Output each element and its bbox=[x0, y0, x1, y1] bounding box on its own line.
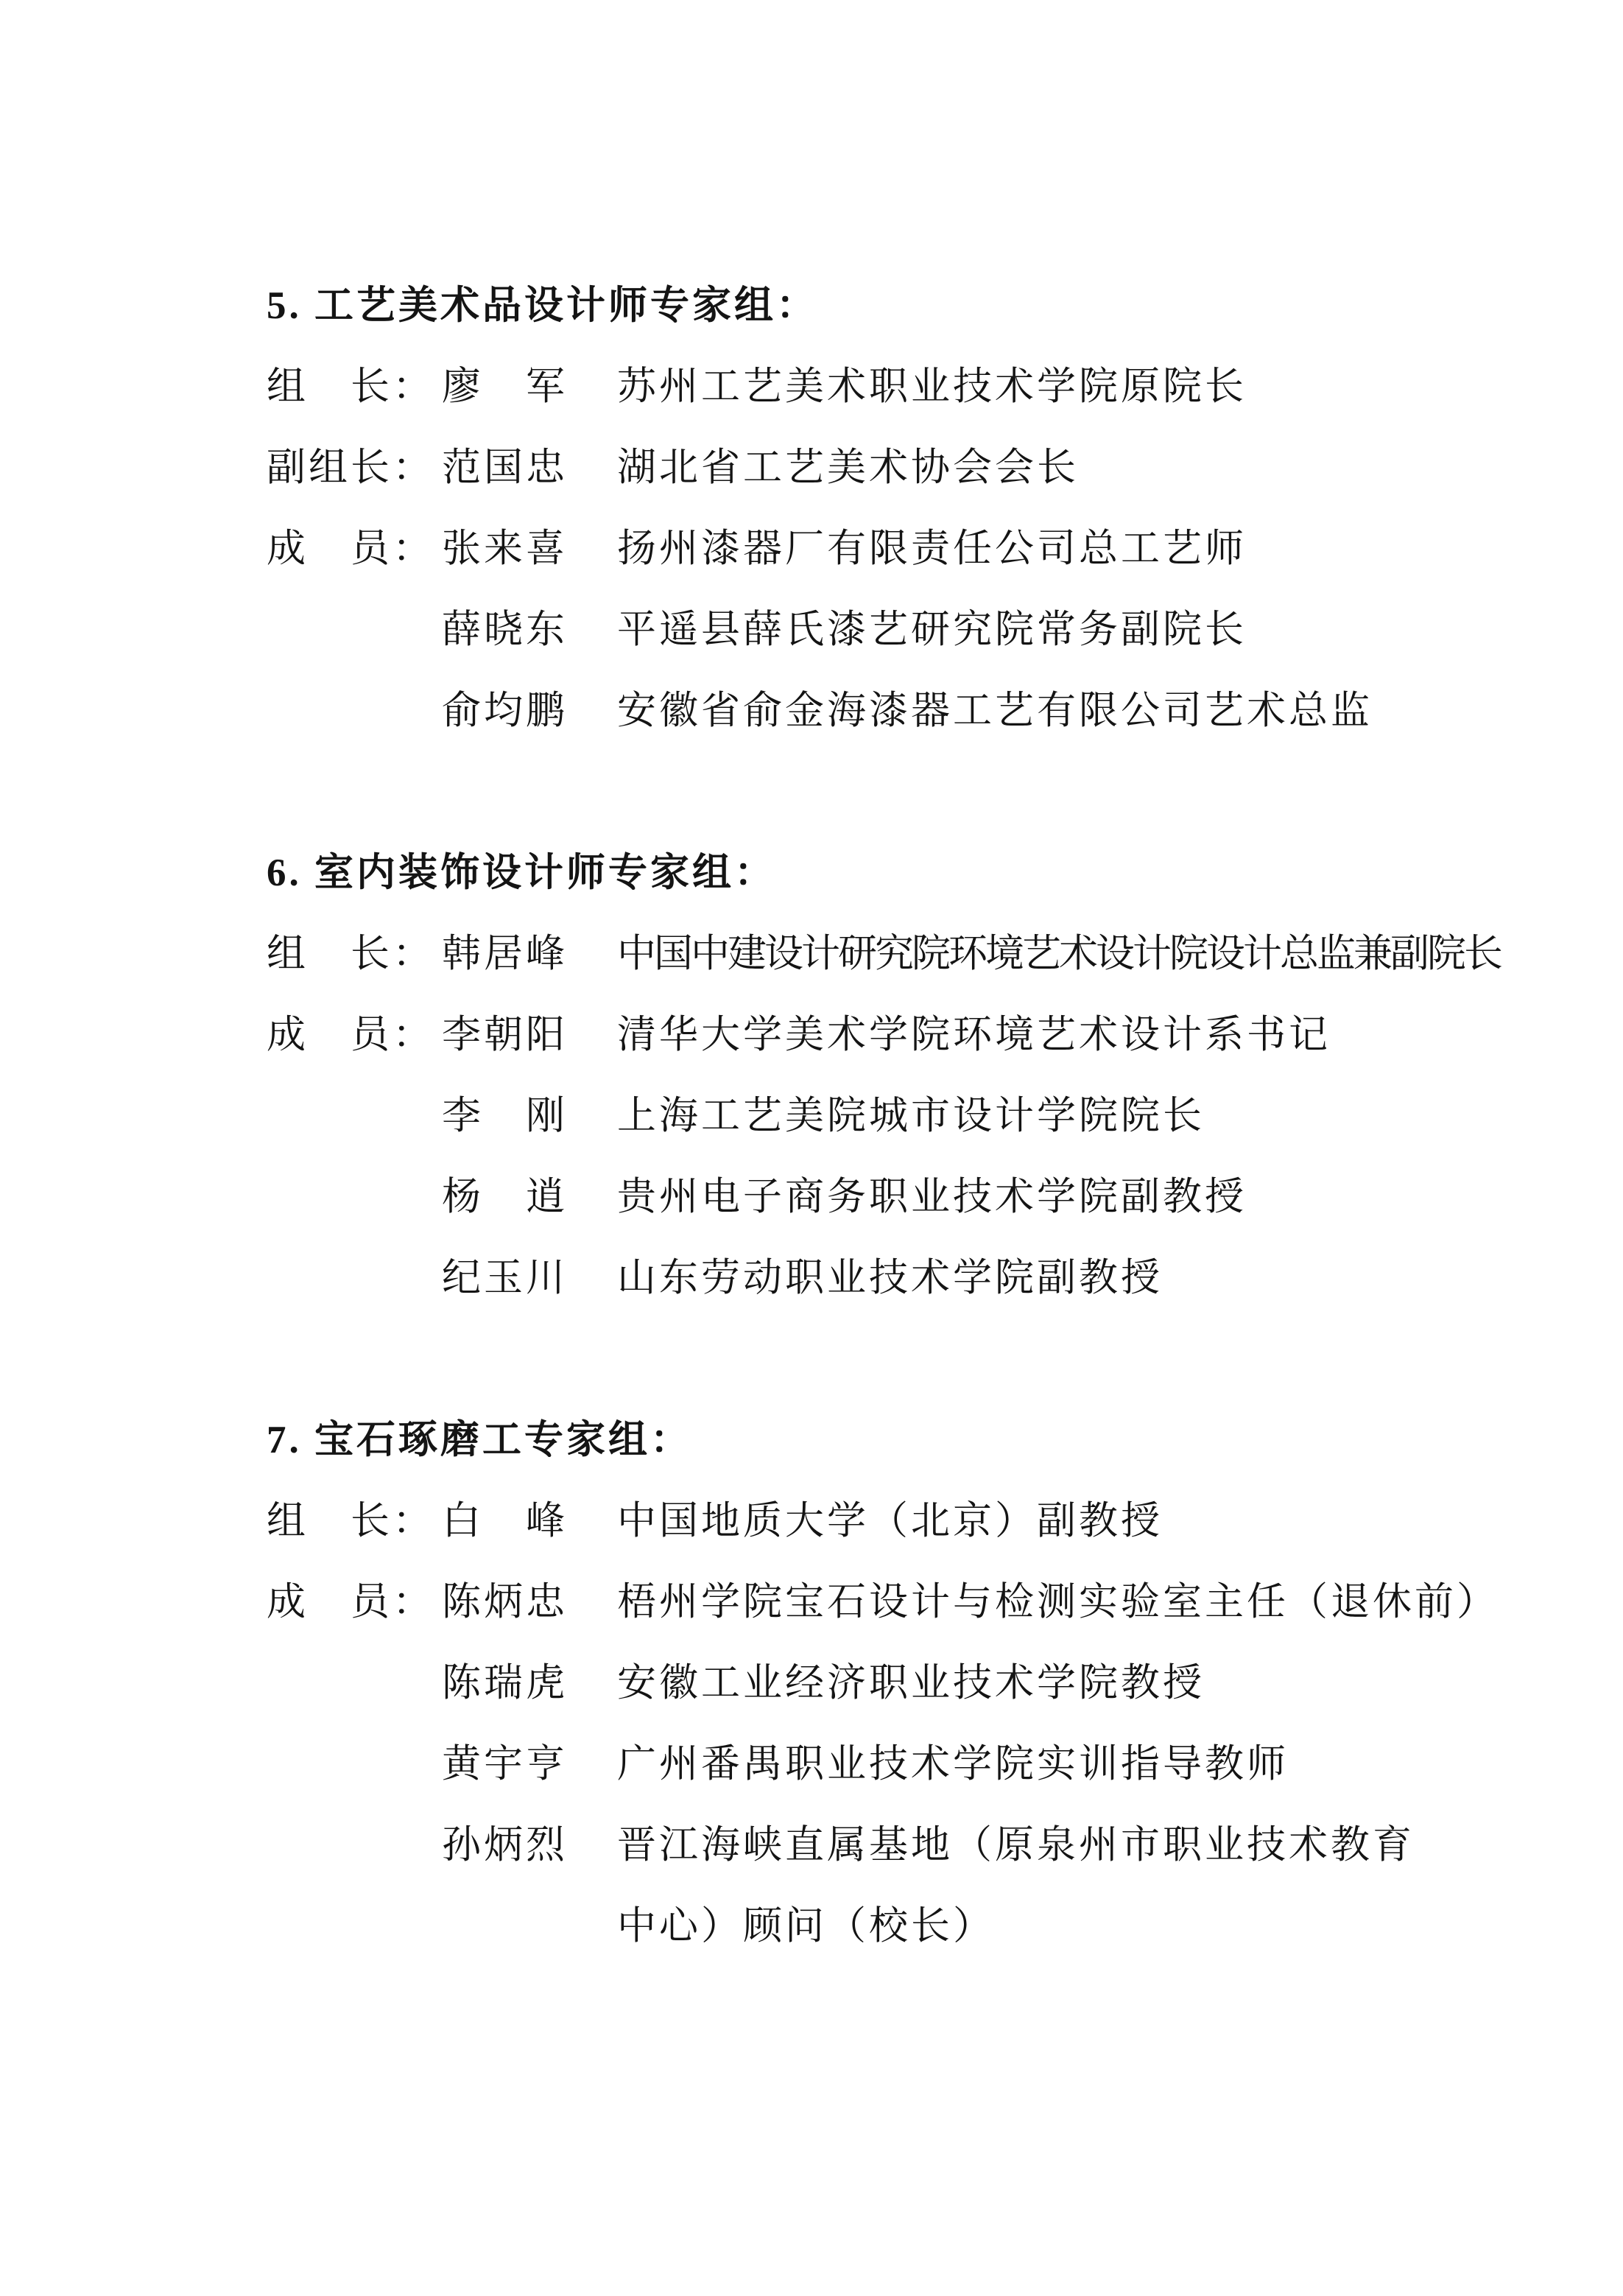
section-title: 5. 工艺美术品设计师专家组： bbox=[267, 274, 818, 330]
member-name: 廖 军 bbox=[442, 355, 617, 411]
member-name: 杨 逍 bbox=[442, 1165, 617, 1221]
member-affiliation: 中国中建设计研究院环境艺术设计院设计总监兼副院长 bbox=[617, 922, 1501, 978]
member-name: 纪玉川 bbox=[442, 1246, 617, 1302]
role-label: 成 员： bbox=[267, 1003, 442, 1059]
member-affiliation: 中国地质大学（北京）副教授 bbox=[617, 1489, 1483, 1545]
member-name: 李 刚 bbox=[442, 1084, 617, 1140]
role-label: 组 长： bbox=[267, 355, 442, 411]
role-label: 副组长： bbox=[267, 436, 442, 492]
table-row: 成 员： 张来喜 扬州漆器厂有限责任公司总工艺师 bbox=[267, 505, 1483, 586]
table-row: 薛晓东 平遥县薛氏漆艺研究院常务副院长 bbox=[267, 586, 1483, 667]
table-row: 孙炳烈 晋江海峡直属基地（原泉州市职业技术教育 bbox=[267, 1801, 1483, 1882]
table-row: 陈瑞虎 安徽工业经济职业技术学院教授 bbox=[267, 1639, 1483, 1720]
expert-group-section-6: 6. 室内装饰设计师专家组： 组 长： 韩居峰 中国中建设计研究院环境艺术设计院… bbox=[267, 829, 1483, 1315]
member-name: 黄宇亨 bbox=[442, 1732, 617, 1788]
member-affiliation: 晋江海峡直属基地（原泉州市职业技术教育 bbox=[617, 1814, 1483, 1870]
table-row: 成 员： 陈炳忠 梧州学院宝石设计与检测实验室主任（退休前） bbox=[267, 1558, 1483, 1639]
table-row: 李 刚 上海工艺美院城市设计学院院长 bbox=[267, 1072, 1483, 1153]
table-row: 成 员： 李朝阳 清华大学美术学院环境艺术设计系书记 bbox=[267, 991, 1483, 1072]
role-label: 组 长： bbox=[267, 922, 442, 978]
member-affiliation: 清华大学美术学院环境艺术设计系书记 bbox=[617, 1003, 1483, 1059]
member-affiliation: 苏州工艺美术职业技术学院原院长 bbox=[617, 355, 1483, 411]
role-label: 组 长： bbox=[267, 1489, 442, 1545]
member-affiliation: 中心）顾问（校长） bbox=[617, 1895, 1483, 1951]
document-page: 5. 工艺美术品设计师专家组： 组 长： 廖 军 苏州工艺美术职业技术学院原院长… bbox=[0, 0, 1623, 2296]
member-affiliation: 梧州学院宝石设计与检测实验室主任（退休前） bbox=[617, 1570, 1499, 1626]
member-affiliation: 安徽工业经济职业技术学院教授 bbox=[617, 1651, 1483, 1707]
member-affiliation: 广州番禺职业技术学院实训指导教师 bbox=[617, 1732, 1483, 1788]
member-name: 白 峰 bbox=[442, 1489, 617, 1545]
member-affiliation: 贵州电子商务职业技术学院副教授 bbox=[617, 1165, 1483, 1221]
member-name: 孙炳烈 bbox=[442, 1814, 617, 1870]
expert-group-section-5: 5. 工艺美术品设计师专家组： 组 长： 廖 军 苏州工艺美术职业技术学院原院长… bbox=[267, 261, 1483, 748]
member-affiliation: 湖北省工艺美术协会会长 bbox=[617, 436, 1483, 492]
table-row: 副组长： 范国忠 湖北省工艺美术协会会长 bbox=[267, 424, 1483, 505]
expert-group-section-7: 7. 宝石琢磨工专家组： 组 长： 白 峰 中国地质大学（北京）副教授 成 员：… bbox=[267, 1396, 1483, 1963]
table-row: 组 长： 廖 军 苏州工艺美术职业技术学院原院长 bbox=[267, 343, 1483, 424]
section-gap bbox=[267, 1315, 1483, 1396]
table-row: 俞均鹏 安徽省俞金海漆器工艺有限公司艺术总监 bbox=[267, 667, 1483, 748]
section-title-row: 7. 宝石琢磨工专家组： bbox=[267, 1396, 1483, 1477]
member-affiliation: 平遥县薛氏漆艺研究院常务副院长 bbox=[617, 598, 1483, 654]
role-label: 成 员： bbox=[267, 517, 442, 573]
table-row: 黄宇亨 广州番禺职业技术学院实训指导教师 bbox=[267, 1720, 1483, 1801]
member-name: 陈炳忠 bbox=[442, 1570, 617, 1626]
table-row: 纪玉川 山东劳动职业技术学院副教授 bbox=[267, 1234, 1483, 1315]
table-row: 杨 逍 贵州电子商务职业技术学院副教授 bbox=[267, 1153, 1483, 1234]
member-affiliation: 扬州漆器厂有限责任公司总工艺师 bbox=[617, 517, 1483, 573]
member-name: 俞均鹏 bbox=[442, 679, 617, 735]
affiliation-continuation-row: 中心）顾问（校长） bbox=[267, 1882, 1483, 1963]
section-title-row: 6. 室内装饰设计师专家组： bbox=[267, 829, 1483, 910]
member-name: 范国忠 bbox=[442, 436, 617, 492]
table-row: 组 长： 白 峰 中国地质大学（北京）副教授 bbox=[267, 1477, 1483, 1558]
table-row: 组 长： 韩居峰 中国中建设计研究院环境艺术设计院设计总监兼副院长 bbox=[267, 910, 1483, 991]
section-gap bbox=[267, 748, 1483, 829]
member-name: 薛晓东 bbox=[442, 598, 617, 654]
member-name: 陈瑞虎 bbox=[442, 1651, 617, 1707]
section-title-row: 5. 工艺美术品设计师专家组： bbox=[267, 261, 1483, 343]
section-title: 7. 宝石琢磨工专家组： bbox=[267, 1408, 692, 1464]
member-name: 张来喜 bbox=[442, 517, 617, 573]
member-affiliation: 安徽省俞金海漆器工艺有限公司艺术总监 bbox=[617, 679, 1483, 735]
role-label: 成 员： bbox=[267, 1570, 442, 1626]
member-name: 韩居峰 bbox=[442, 922, 617, 978]
section-title: 6. 室内装饰设计师专家组： bbox=[267, 841, 776, 897]
member-name: 李朝阳 bbox=[442, 1003, 617, 1059]
member-affiliation: 上海工艺美院城市设计学院院长 bbox=[617, 1084, 1483, 1140]
member-affiliation: 山东劳动职业技术学院副教授 bbox=[617, 1246, 1483, 1302]
